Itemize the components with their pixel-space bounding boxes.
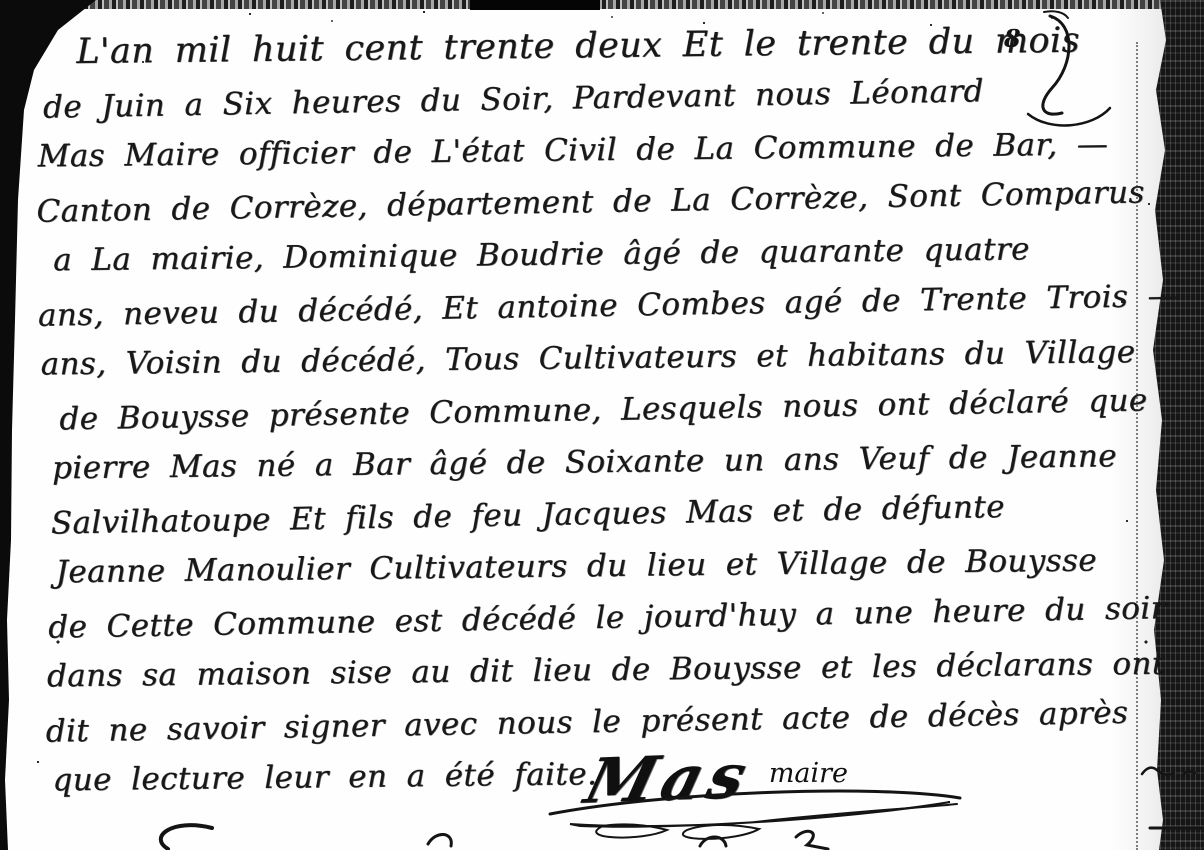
next-entry-fragment-strokes (0, 815, 1204, 850)
scan-edge-top (0, 0, 1204, 9)
marginal-ink-mark (1138, 756, 1204, 790)
manuscript-text: L'an mil huit cent trente deux Et le tre… (34, 13, 1123, 808)
scan-edge-top-dense (470, 0, 600, 10)
page-margin-rule (1136, 42, 1138, 850)
scan-edge-gutter-right (1150, 0, 1204, 850)
scanned-register-page: 8 L'an mil huit cent trente deux Et le t… (0, 0, 1204, 850)
